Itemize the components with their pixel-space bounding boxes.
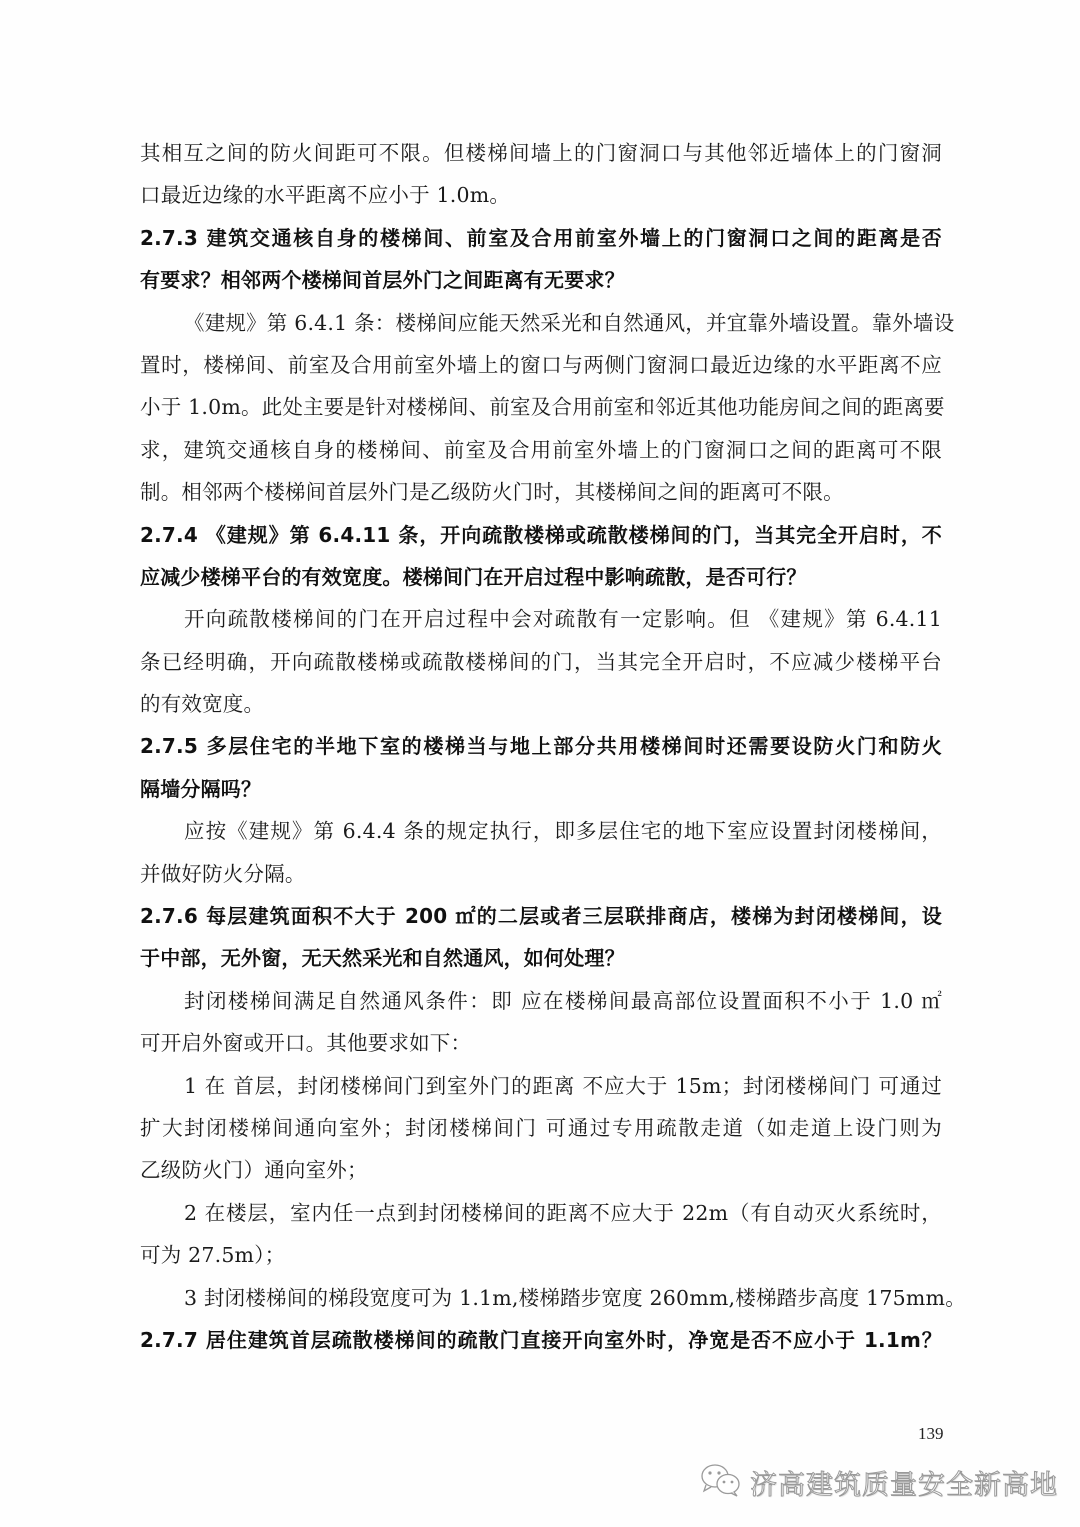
watermark: 济高建筑质量安全新高地 xyxy=(700,1460,1058,1504)
section-heading-line: 2.7.7 居住建筑首层疏散楼梯间的疏散门直接开向室外时，净宽是否不应小于 1.… xyxy=(140,1319,942,1361)
body-text-line: 《建规》第 6.4.1 条：楼梯间应能天然采光和自然通风，并宜靠外墙设置。靠外墙… xyxy=(140,302,942,344)
body-text-line: 扩大封闭楼梯间通向室外；封闭楼梯间门 可通过专用疏散走道（如走道上设门则为 xyxy=(140,1107,942,1149)
body-text-line: 制。相邻两个楼梯间首层外门是乙级防火门时，其楼梯间之间的距离可不限。 xyxy=(140,471,942,513)
body-text-line: 求，建筑交通核自身的楼梯间、前室及合用前室外墙上的门窗洞口之间的距离可不限 xyxy=(140,429,942,471)
page-content: 其相互之间的防火间距可不限。但楼梯间墙上的门窗洞口与其他邻近墙体上的门窗洞口最近… xyxy=(140,132,942,1361)
body-text-line: 3 封闭楼梯间的梯段宽度可为 1.1m,楼梯踏步宽度 260mm,楼梯踏步高度 … xyxy=(140,1277,942,1319)
section-heading-line: 2.7.5 多层住宅的半地下室的楼梯当与地上部分共用楼梯间时还需要设防火门和防火 xyxy=(140,725,942,767)
body-text-line: 2 在楼层，室内任一点到封闭楼梯间的距离不应大于 22m（有自动灭火系统时， xyxy=(140,1192,942,1234)
watermark-text: 济高建筑质量安全新高地 xyxy=(750,1463,1058,1502)
body-text-line: 可开启外窗或开口。其他要求如下： xyxy=(140,1022,942,1064)
body-text-line: 置时，楼梯间、前室及合用前室外墙上的窗口与两侧门窗洞口最近边缘的水平距离不应 xyxy=(140,344,942,386)
section-heading-line: 应减少楼梯平台的有效宽度。楼梯间门在开启过程中影响疏散，是否可行？ xyxy=(140,556,942,598)
page-number: 139 xyxy=(918,1424,944,1444)
body-text-line: 乙级防火门）通向室外； xyxy=(140,1149,942,1191)
section-heading-line: 2.7.6 每层建筑面积不大于 200 ㎡的二层或者三层联排商店，楼梯为封闭楼梯… xyxy=(140,895,942,937)
body-text-line: 应按《建规》第 6.4.4 条的规定执行，即多层住宅的地下室应设置封闭楼梯间， xyxy=(140,810,942,852)
body-text-line: 并做好防火分隔。 xyxy=(140,853,942,895)
section-heading-line: 隔墙分隔吗？ xyxy=(140,768,942,810)
body-text-line: 口最近边缘的水平距离不应小于 1.0m。 xyxy=(140,174,942,216)
wechat-icon xyxy=(700,1462,742,1503)
section-heading-line: 2.7.3 建筑交通核自身的楼梯间、前室及合用前室外墙上的门窗洞口之间的距离是否 xyxy=(140,217,942,259)
body-text-line: 的有效宽度。 xyxy=(140,683,942,725)
body-text-line: 条已经明确，开向疏散楼梯或疏散楼梯间的门，当其完全开启时，不应减少楼梯平台 xyxy=(140,641,942,683)
body-text-line: 小于 1.0m。此处主要是针对楼梯间、前室及合用前室和邻近其他功能房间之间的距离… xyxy=(140,386,942,428)
body-text-line: 封闭楼梯间满足自然通风条件：即 应在楼梯间最高部位设置面积不小于 1.0 ㎡ xyxy=(140,980,942,1022)
document-page: 其相互之间的防火间距可不限。但楼梯间墙上的门窗洞口与其他邻近墙体上的门窗洞口最近… xyxy=(0,0,1080,1527)
section-heading-line: 于中部，无外窗，无天然采光和自然通风，如何处理？ xyxy=(140,937,942,979)
body-text-line: 1 在 首层，封闭楼梯间门到室外门的距离 不应大于 15m；封闭楼梯间门 可通过 xyxy=(140,1065,942,1107)
section-heading-line: 有要求？相邻两个楼梯间首层外门之间距离有无要求？ xyxy=(140,259,942,301)
section-heading-line: 2.7.4 《建规》第 6.4.11 条，开向疏散楼梯或疏散楼梯间的门，当其完全… xyxy=(140,514,942,556)
body-text-line: 开向疏散楼梯间的门在开启过程中会对疏散有一定影响。但 《建规》第 6.4.11 xyxy=(140,598,942,640)
body-text-line: 其相互之间的防火间距可不限。但楼梯间墙上的门窗洞口与其他邻近墙体上的门窗洞 xyxy=(140,132,942,174)
body-text-line: 可为 27.5m）； xyxy=(140,1234,942,1276)
